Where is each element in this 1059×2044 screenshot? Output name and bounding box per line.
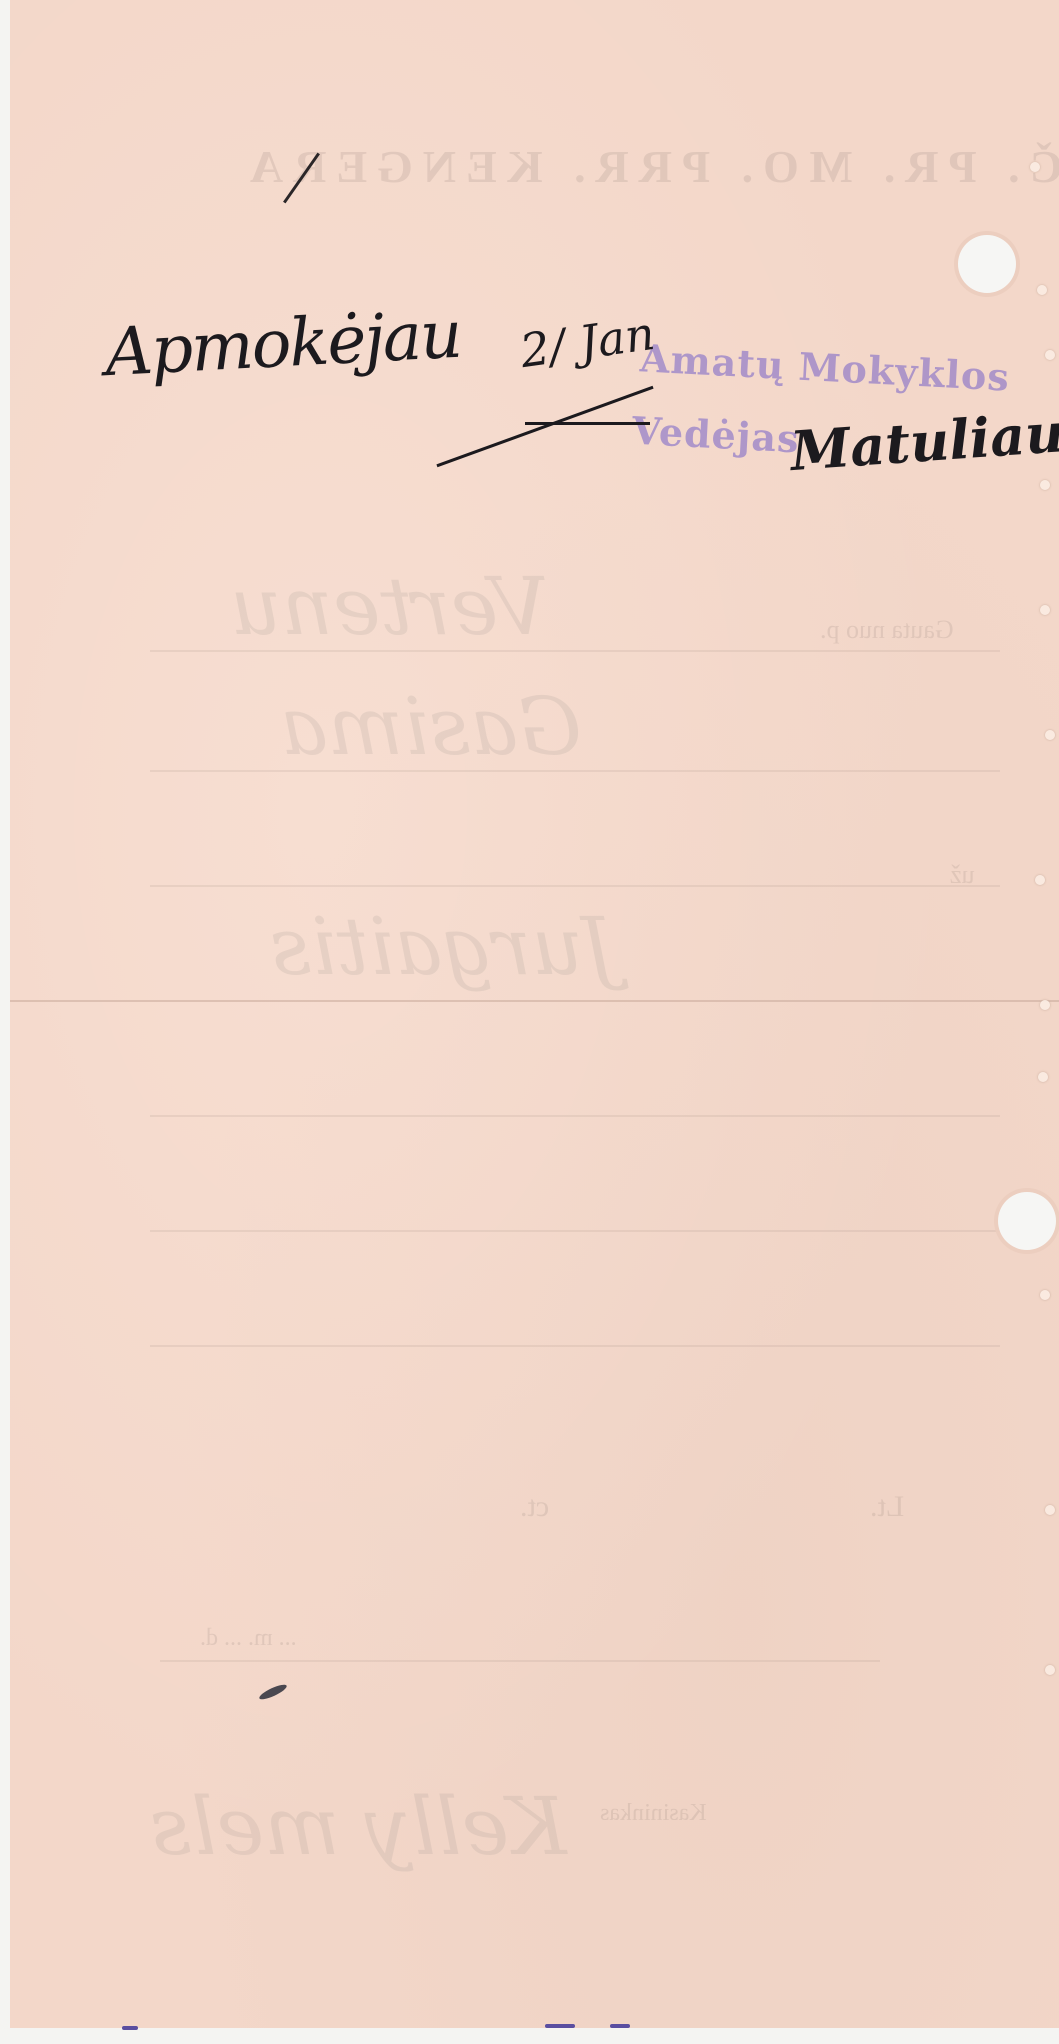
perforation: [1037, 285, 1047, 295]
pen-stroke: [525, 422, 650, 425]
perforation: [1045, 1665, 1055, 1675]
perforation: [1045, 1505, 1055, 1515]
show-through-handwriting: Kelly mels: [150, 1780, 567, 1873]
perforation: [1040, 1000, 1050, 1010]
perforation: [1035, 875, 1045, 885]
show-through-rule: [150, 1115, 1000, 1117]
show-through-handwriting: Jurgaitis: [270, 900, 615, 993]
punch-hole: [998, 1192, 1056, 1250]
show-through-handwriting: Vertenu: [230, 560, 549, 653]
fold-line: [10, 1000, 1059, 1002]
show-through-rule: [150, 1230, 1000, 1232]
edge-mark: [610, 2024, 630, 2028]
show-through-rule: [150, 1345, 1000, 1347]
perforation: [1030, 162, 1040, 172]
perforation: [1040, 480, 1050, 490]
show-through-label: Gauta nuo p.: [820, 615, 954, 645]
perforation: [1040, 1290, 1050, 1300]
show-through-rule: [160, 1660, 880, 1662]
perforation: [1045, 350, 1055, 360]
perforation: [1040, 605, 1050, 615]
show-through-rule: [150, 885, 1000, 887]
show-through-handwriting: Gasima: [280, 680, 582, 773]
show-through-label: Kasininkas: [600, 1800, 707, 1827]
perforation: [1038, 1072, 1048, 1082]
show-through-label: ... m. ... d.: [200, 1625, 297, 1652]
edge-mark: [122, 2026, 138, 2030]
document-paper: [10, 0, 1059, 2028]
show-through-label: ct.: [520, 1490, 549, 1524]
punch-hole: [958, 235, 1016, 293]
edge-mark: [545, 2024, 575, 2028]
stamp-line-2: Vedėjas: [631, 408, 801, 462]
show-through-label: Lt.: [870, 1490, 904, 1524]
show-through-header: R. Č. PR. MO. PRR. KENGERA: [240, 140, 1059, 193]
perforation: [1045, 730, 1055, 740]
